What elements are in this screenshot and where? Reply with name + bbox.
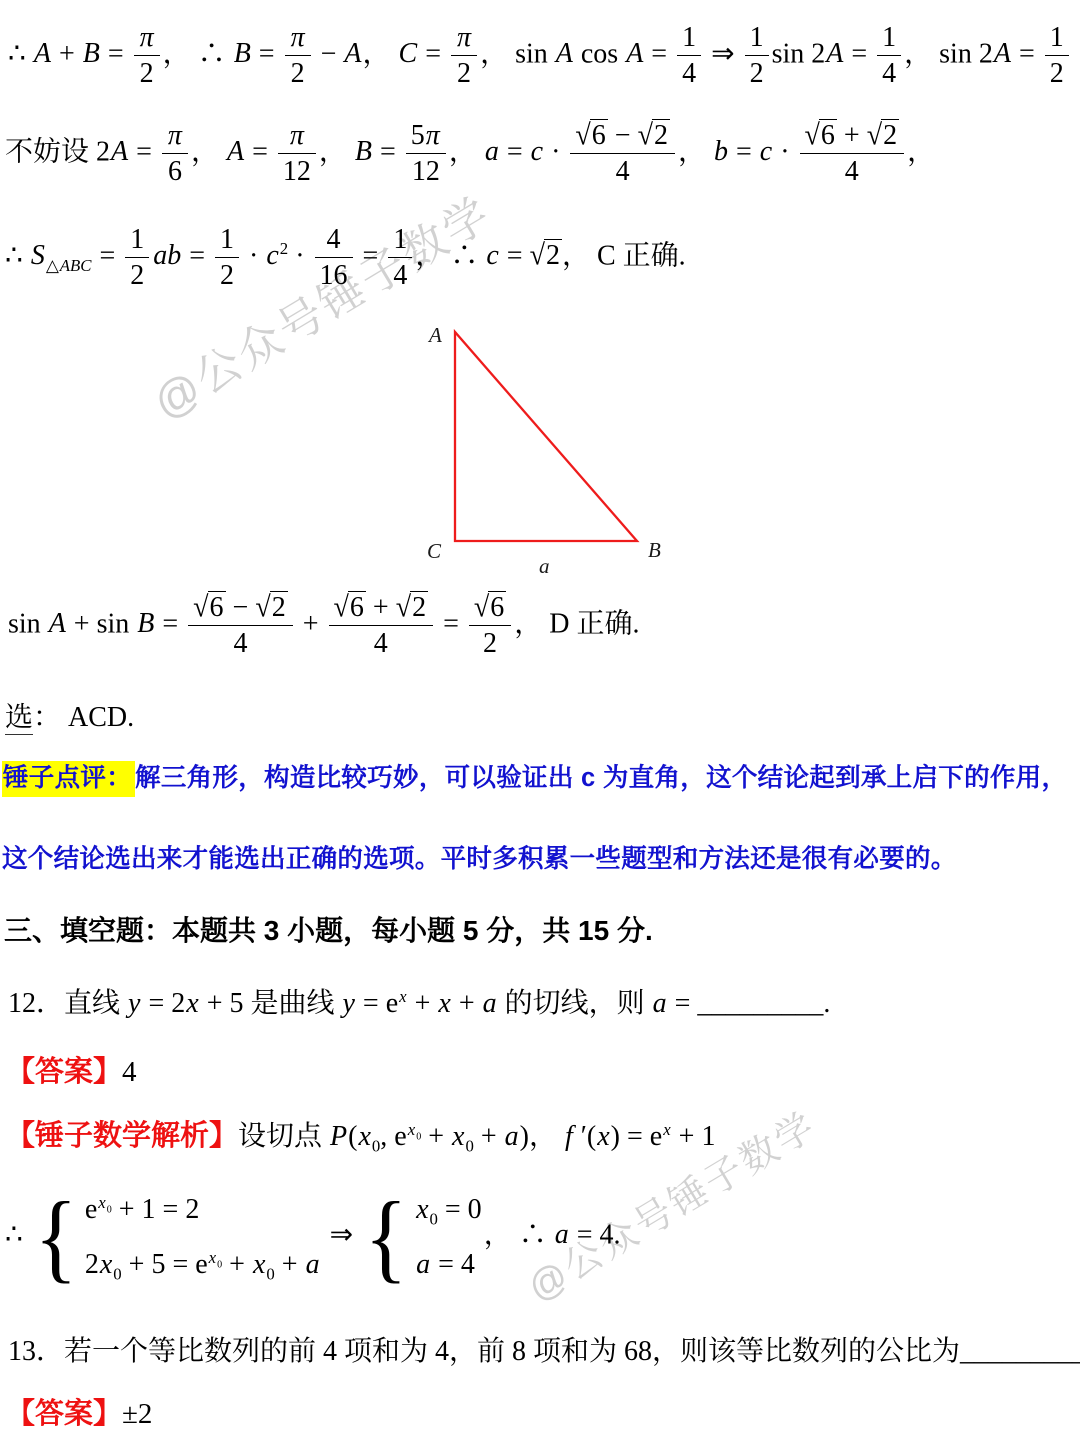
answer-label-12: 【答案】 [6,1056,122,1088]
vertex-label-B: B [648,538,661,562]
triangle-outline [455,332,637,541]
document-page: @公众号锤子数学 @公众号锤子数学 ∴ A + B = π2， ∴ B = π2… [0,0,1080,1438]
question-13-stem: 13．若一个等比数列的前 4 项和为 4，前 8 项和为 68，则该等比数列的公… [8,1334,1080,1369]
vertex-label-C: C [427,539,442,563]
comment-line-2: 这个结论选出来才能选出正确的选项。平时多积累一些题型和方法还是很有必要的。 [2,841,957,876]
question-12-derivation: ∴ {ex0 + 1 = 22x0 + 5 = ex0 + x0 + a ⇒ {… [5,1192,621,1282]
question-12-analysis: 【锤子数学解析】设切点 P(x0, ex0 + x0 + a)， f ′(x) … [6,1118,715,1154]
formula-line-2: 不妨设 2A = π6， A = π12， B = 5π12， a = c · … [5,120,935,188]
question-12-stem: 12．直线 y = 2x + 5 是曲线 y = ex + x + a 的切线，… [8,986,830,1021]
comment-line-1: 锤子点评：解三角形，构造比较巧妙，可以验证出 c 为直角，这个结论起到承上启下的… [2,760,1067,795]
question-13-answer: 【答案】±2 [6,1396,152,1432]
vertex-label-A: A [427,323,442,347]
comment-text-2: 这个结论选出来才能选出正确的选项。平时多积累一些题型和方法还是很有必要的。 [2,845,957,873]
comment-text-1: 解三角形，构造比较巧妙，可以验证出 c 为直角，这个结论起到承上启下的作用， [135,764,1067,792]
answer-label-13: 【答案】 [6,1398,122,1430]
answer-value-12: 4 [122,1056,137,1088]
section-header: 三、填空题：本题共 3 小题，每小题 5 分，共 15 分. [4,913,653,948]
analysis-text-12: 设切点 P(x0, ex0 + x0 + a)， f ′(x) = ex + 1 [238,1121,715,1152]
analysis-label-12: 【锤子数学解析】 [6,1120,238,1152]
formula-line-4: sin A + sin B = √6 − √24 + √6 + √24 = √6… [8,592,639,660]
question-12-answer: 【答案】4 [6,1054,137,1090]
answer-value-13: ±2 [122,1398,152,1430]
formula-line-3: ∴ S△ABC = 12ab = 12 · c2 · 416 = 14， ∴ c… [5,224,686,292]
side-label-a: a [539,554,550,578]
formula-line-1: ∴ A + B = π2， ∴ B = π2 − A， C = π2， sin … [8,22,1072,90]
triangle-figure: A C B a [415,312,675,580]
choice-line: 选： ACD. [5,700,134,735]
comment-label: 锤子点评： [2,761,135,797]
